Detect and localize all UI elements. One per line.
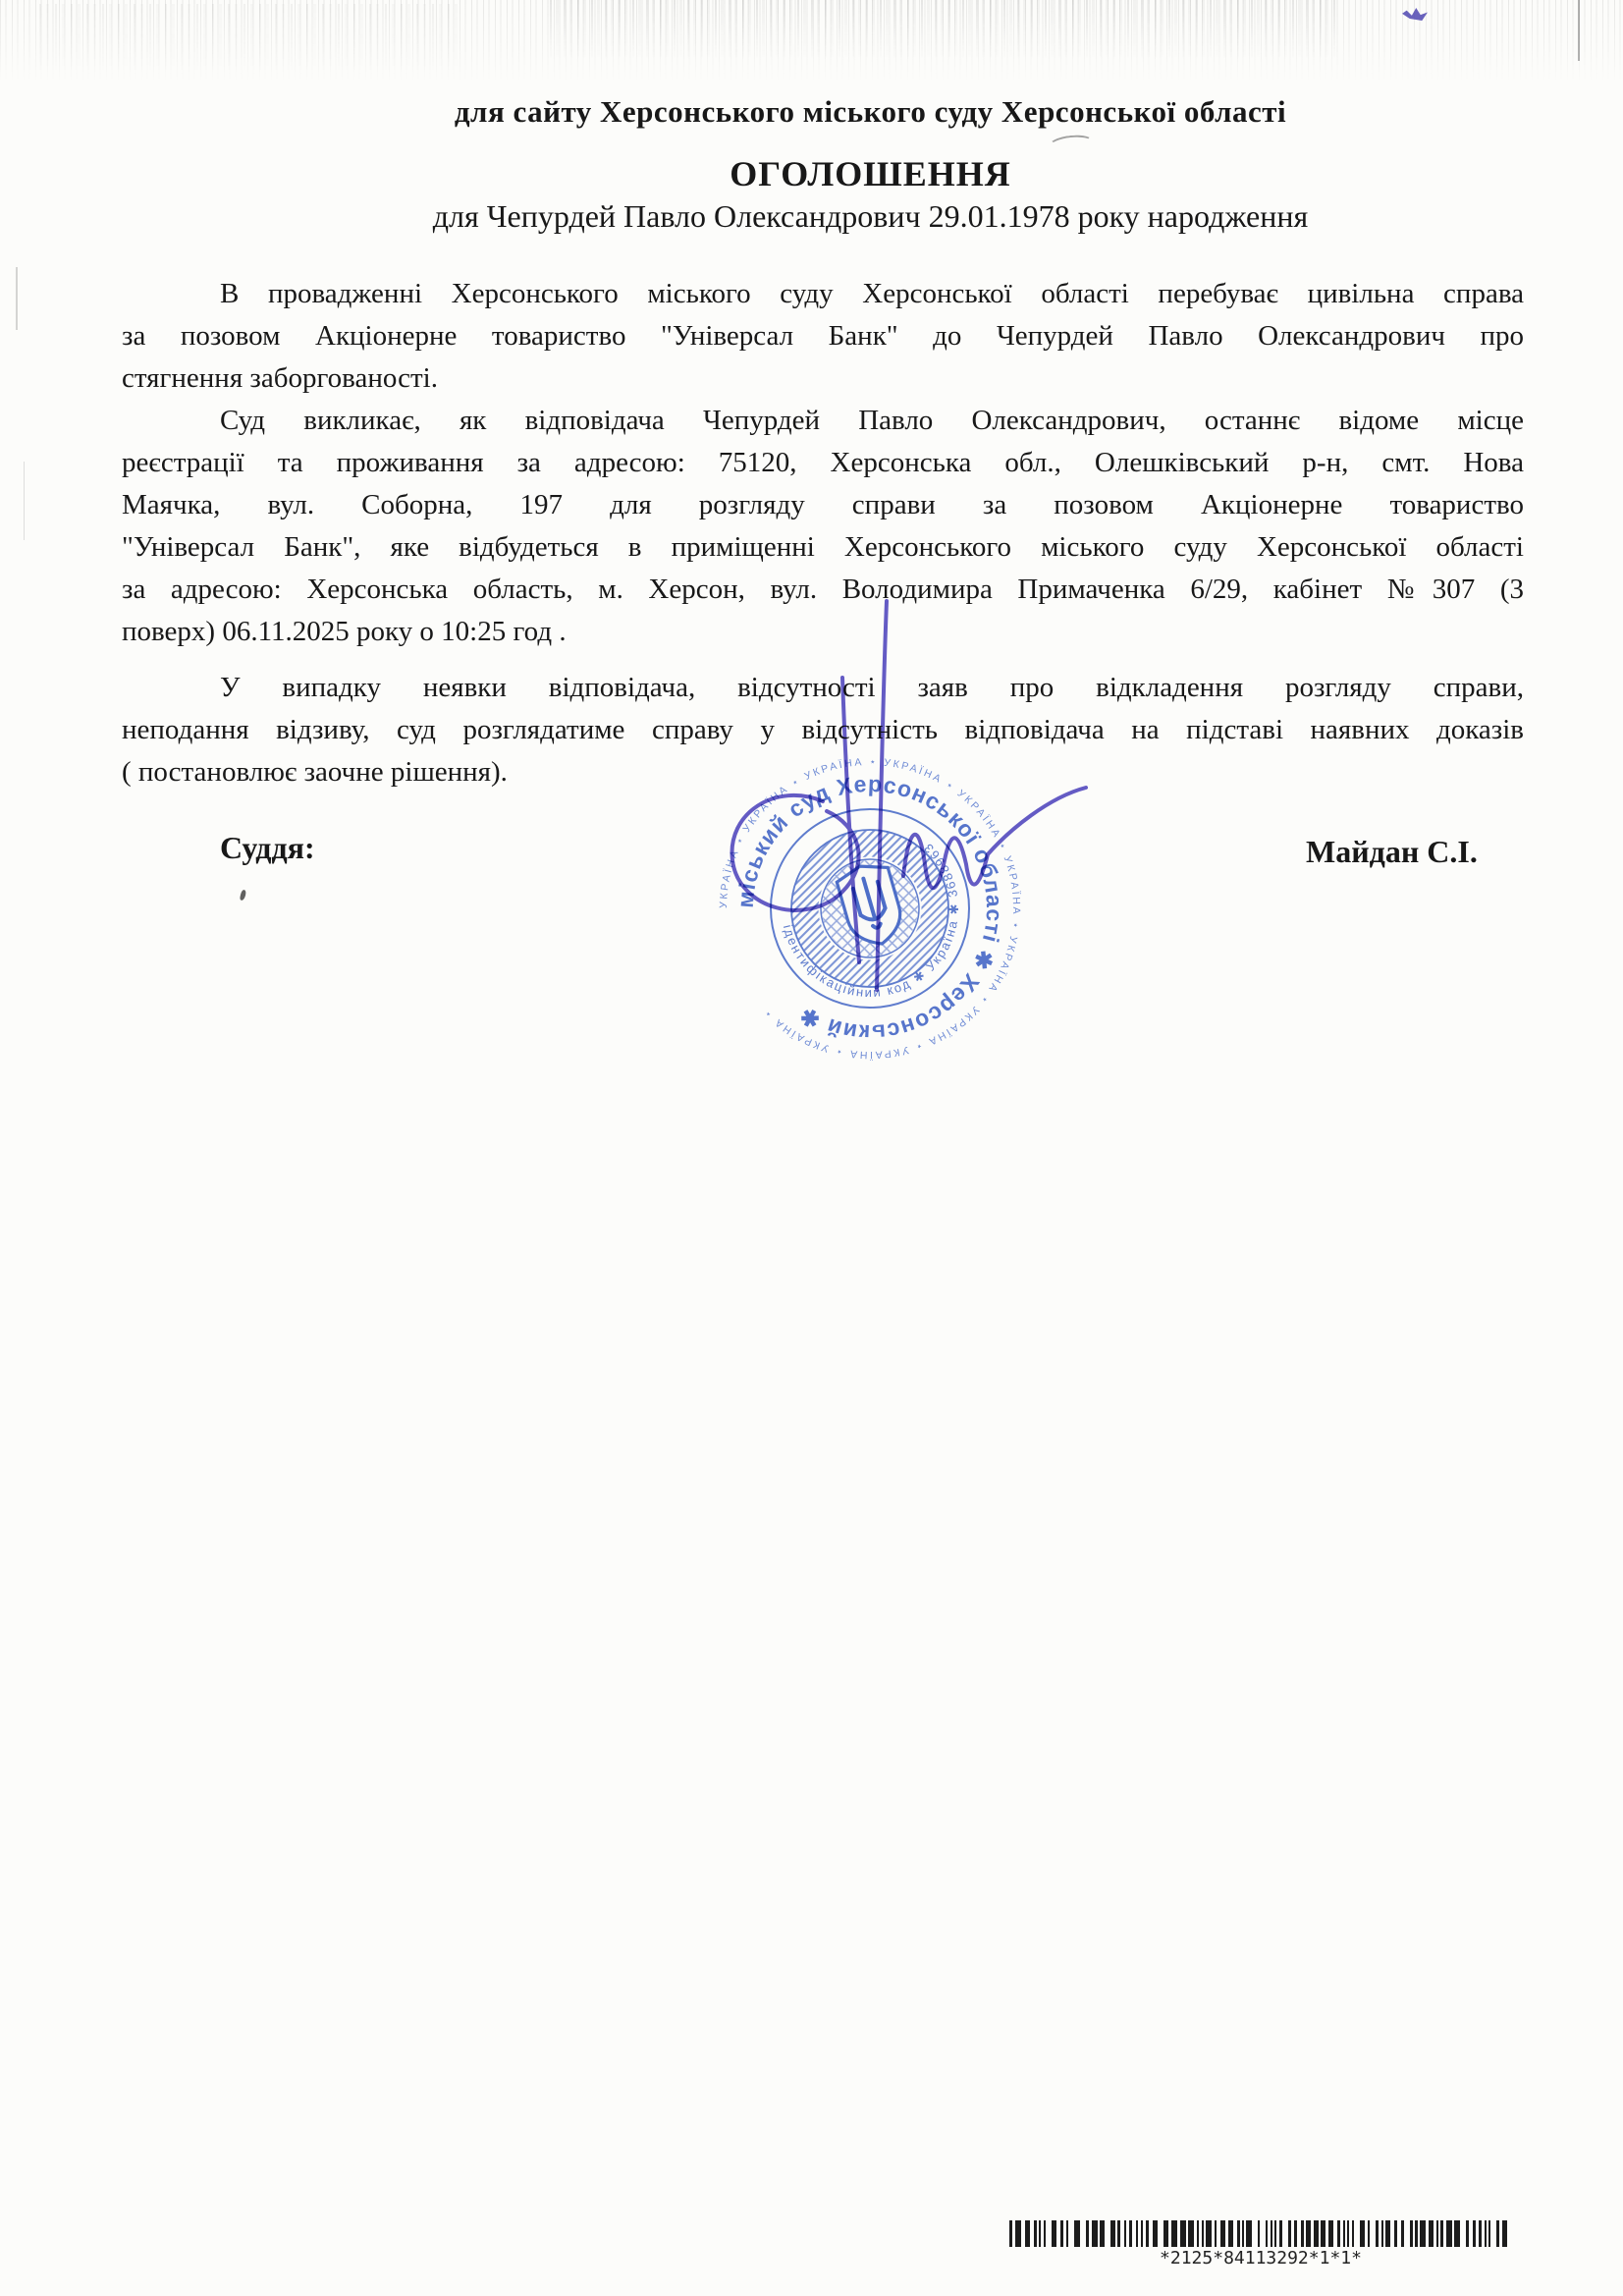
document-title: ОГОЛОШЕННЯ [118, 153, 1539, 194]
body-line: реєстрації та проживання за адресою: 751… [122, 442, 1524, 484]
document-subtitle: для Чепурдей Павло Олександрович 29.01.1… [118, 198, 1539, 235]
judge-name: Майдан С.І. [1306, 834, 1478, 870]
signature-stroke [732, 795, 859, 910]
signature-stroke [877, 601, 887, 990]
signature-stroke [842, 678, 859, 962]
judge-label: Суддя: [220, 830, 315, 866]
barcode [1009, 2220, 1512, 2247]
scan-noise-band [0, 0, 1623, 81]
scan-streak [24, 462, 25, 540]
paragraph-1: В провадженні Херсонського міського суду… [122, 273, 1524, 400]
pencil-mark-artifact [1048, 134, 1095, 155]
body-line: Суд викликає, як відповідача Чепурдей Па… [122, 400, 1524, 442]
ink-blot-artifact [1402, 8, 1428, 21]
body-line: за позовом Акціонерне товариство "Універ… [122, 315, 1524, 357]
ink-dot-artifact [240, 890, 247, 902]
scan-streak [16, 267, 18, 330]
document-header: для сайту Херсонського міського суду Хер… [118, 94, 1539, 130]
barcode-text: *2125*84113292*1*1* [1009, 2248, 1512, 2269]
scan-edge-artifact [1578, 0, 1580, 61]
signature-stroke [988, 788, 1086, 854]
scan-noise-blotch [550, 0, 1335, 61]
barcode-block: *2125*84113292*1*1* [1009, 2220, 1512, 2269]
body-line: стягнення заборгованості. [122, 357, 1524, 400]
body-line: Маячка, вул. Соборна, 197 для розгляду с… [122, 484, 1524, 526]
pen-signature [569, 530, 1139, 1021]
scanned-court-document: для сайту Херсонського міського суду Хер… [0, 0, 1623, 2296]
body-line: В провадженні Херсонського міського суду… [122, 273, 1524, 315]
scan-noise-blotch [39, 4, 461, 75]
signature-stroke [903, 835, 988, 889]
